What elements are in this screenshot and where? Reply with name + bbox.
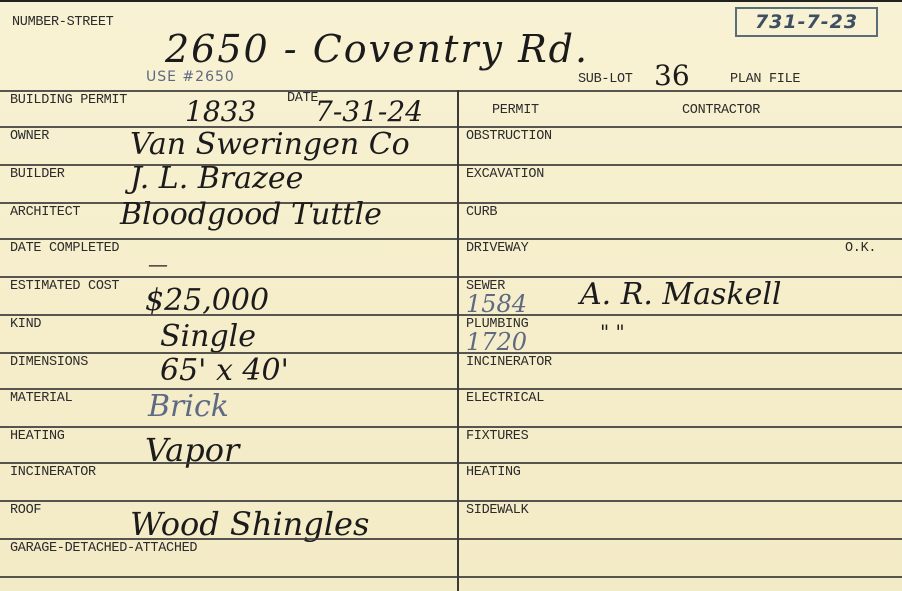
building-permit-card: 731-7-23 NUMBER-STREET 2650 - Coventry R… [0, 0, 902, 591]
driveway-ok-note: O.K. [845, 242, 876, 256]
permit-row-label: OBSTRUCTION [466, 130, 552, 144]
file-number-stamp: 731-7-23 [735, 7, 878, 37]
number-street-value: 2650 - Coventry Rd. [165, 30, 589, 68]
row-rule [0, 314, 457, 316]
permit-number: 1720 [466, 330, 527, 354]
permit-row-label: SIDEWALK [466, 504, 528, 518]
permit-row-label: EXCAVATION [466, 168, 544, 182]
field-label: ESTIMATED COST [10, 280, 119, 294]
field-value: 1833 [185, 98, 256, 126]
field-value: Bloodgood Tuttle [120, 200, 382, 230]
row-rule [0, 538, 457, 540]
field-value: Van Sweringen Co [130, 130, 410, 160]
field-value: $25,000 [145, 286, 269, 316]
field-label: KIND [10, 318, 41, 332]
field-value: Brick [148, 392, 229, 422]
row-rule [0, 90, 902, 92]
row-rule [457, 576, 902, 578]
permit-row-label: INCINERATOR [466, 356, 552, 370]
row-rule [457, 500, 902, 502]
row-rule [0, 426, 457, 428]
row-rule [457, 126, 902, 128]
field-value: 65' x 40' [160, 356, 289, 386]
sub-lot-label: SUB-LOT [578, 73, 633, 87]
date-label: DATE [287, 92, 318, 106]
row-rule [457, 314, 902, 316]
plan-file-label: PLAN FILE [730, 73, 800, 87]
row-rule [457, 352, 902, 354]
row-rule [0, 576, 457, 578]
field-value: Single [160, 322, 256, 352]
date-value: 7-31-24 [315, 98, 423, 126]
field-label: ROOF [10, 504, 41, 518]
field-label: OWNER [10, 130, 49, 144]
field-label: DATE COMPLETED [10, 242, 119, 256]
row-rule [457, 538, 902, 540]
row-rule [0, 276, 457, 278]
row-rule [457, 388, 902, 390]
permit-column-header: PERMIT [492, 104, 539, 118]
card-top-edge [0, 0, 902, 2]
row-rule [457, 426, 902, 428]
permit-row-label: HEATING [466, 466, 521, 480]
field-value: J. L. Brazee [130, 164, 303, 194]
row-rule [457, 164, 902, 166]
permit-number: 1584 [466, 292, 527, 316]
sub-lot-value: 36 [654, 62, 690, 90]
field-label: ARCHITECT [10, 206, 80, 220]
field-label: GARAGE-DETACHED-ATTACHED [10, 542, 197, 556]
row-rule [457, 238, 902, 240]
contractor-name: " " [600, 322, 625, 342]
row-rule [0, 462, 457, 464]
field-label: BUILDER [10, 168, 65, 182]
field-value: — [148, 254, 168, 274]
permit-row-label: CURB [466, 206, 497, 220]
row-rule [457, 462, 902, 464]
field-label: DIMENSIONS [10, 356, 88, 370]
field-label: HEATING [10, 430, 65, 444]
field-value: Wood Shingles [130, 508, 369, 540]
number-street-label: NUMBER-STREET [12, 16, 113, 30]
field-label: BUILDING PERMIT [10, 94, 127, 108]
contractor-column-header: CONTRACTOR [682, 104, 760, 118]
field-label: INCINERATOR [10, 466, 96, 480]
row-rule [0, 500, 457, 502]
row-rule [0, 238, 457, 240]
contractor-name: A. R. Maskell [580, 280, 782, 310]
permit-row-label: ELECTRICAL [466, 392, 544, 406]
permit-row-label: FIXTURES [466, 430, 528, 444]
field-label: MATERIAL [10, 392, 72, 406]
use-note: USE #2650 [146, 70, 235, 84]
row-rule [457, 202, 902, 204]
permit-row-label: DRIVEWAY [466, 242, 528, 256]
